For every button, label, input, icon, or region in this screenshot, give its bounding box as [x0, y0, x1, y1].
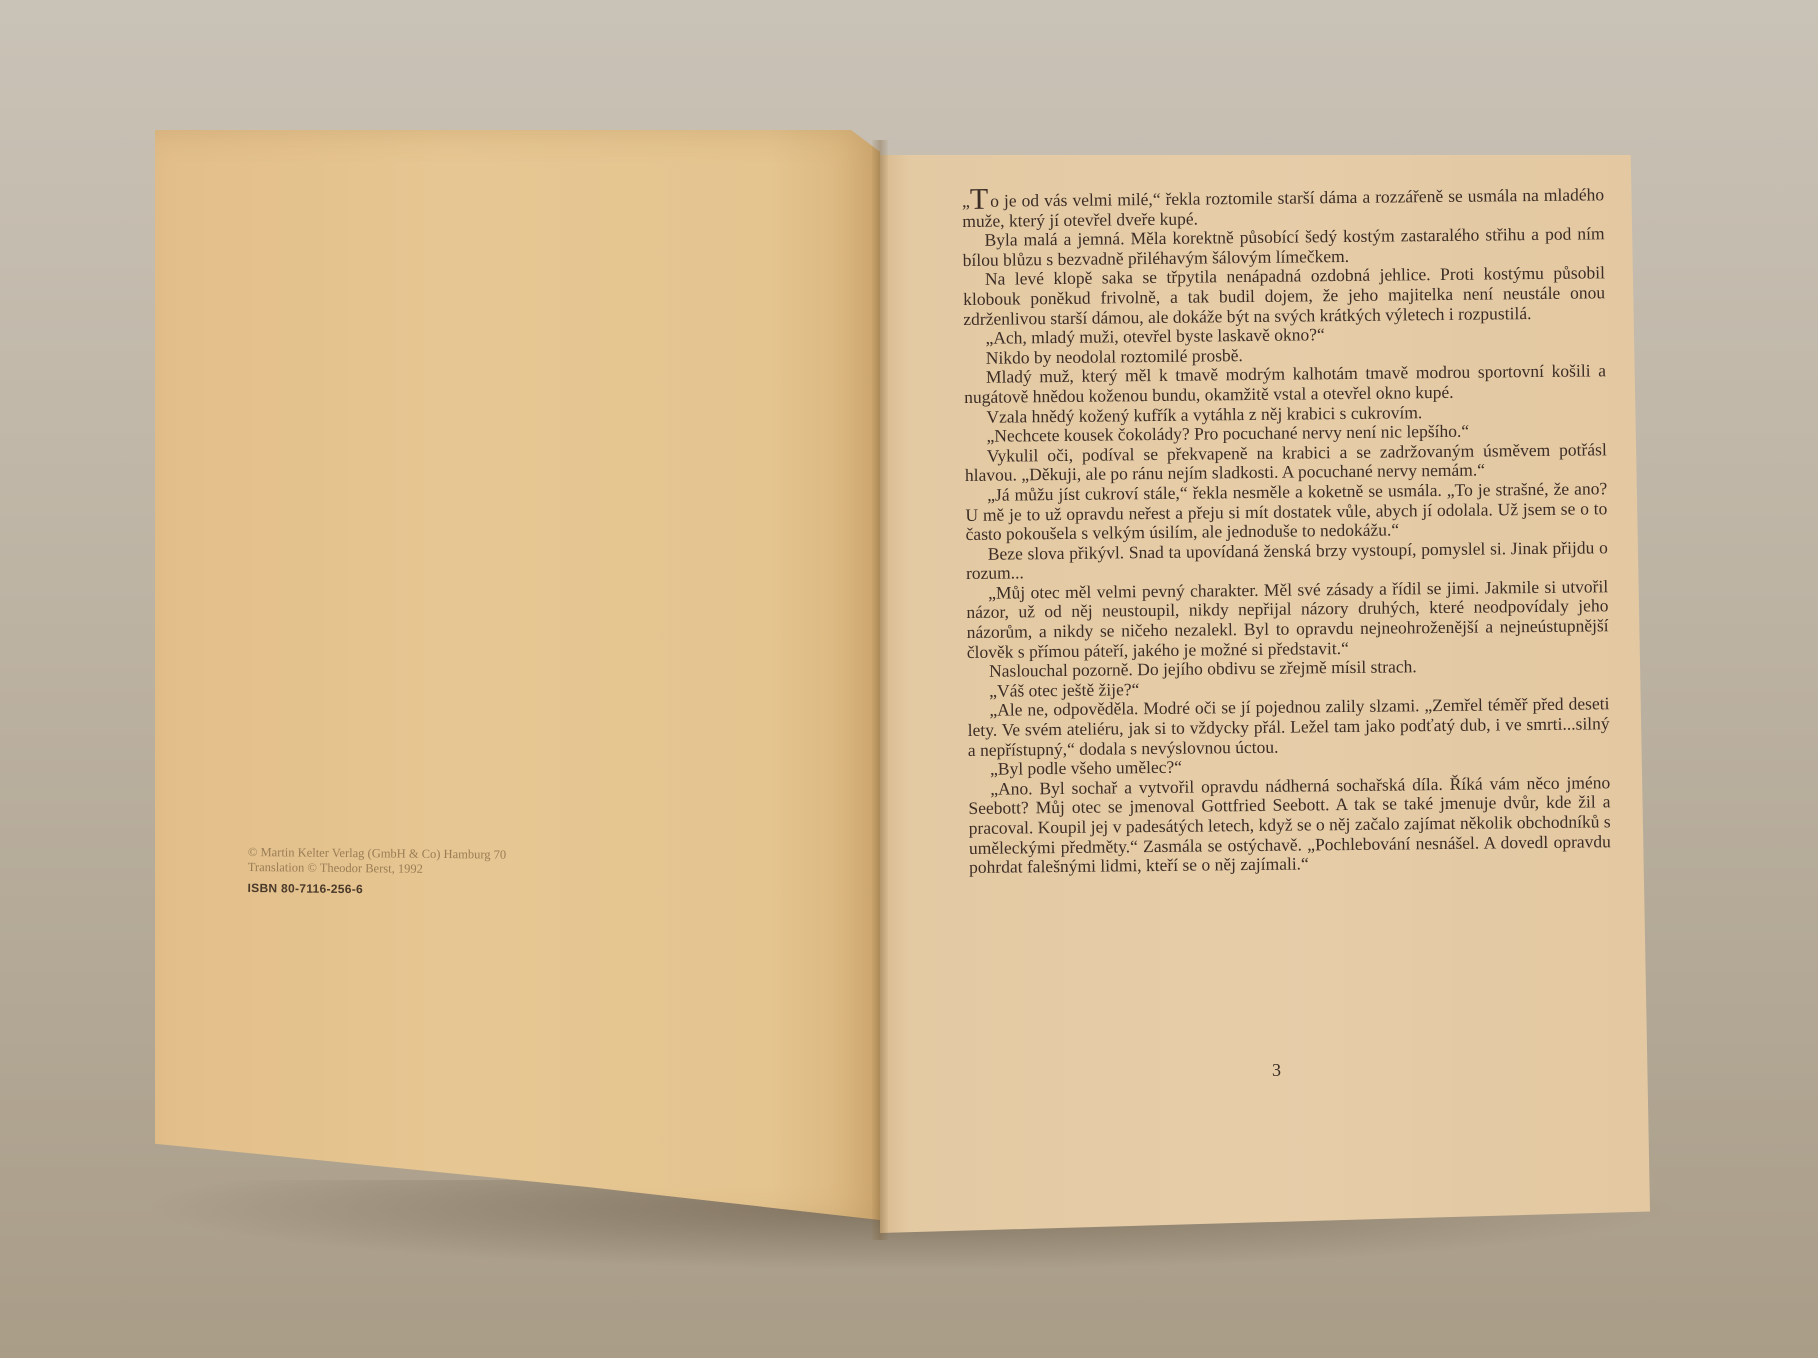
left-page [155, 130, 880, 1220]
paragraph: „Já můžu jíst cukroví stále,“ řekla nesm… [965, 479, 1608, 545]
body-text: „To je od vás velmi milé,“ řekla roztomi… [962, 183, 1611, 877]
imprint: © Martin Kelter Verlag (GmbH & Co) Hambu… [247, 845, 506, 899]
paragraph: „Můj otec měl velmi pevný charakter. Měl… [966, 577, 1609, 662]
translation-line: Translation © Theodor Berst, 1992 [248, 860, 506, 878]
paragraph: Mladý muž, který měl k tmavě modrým kalh… [964, 362, 1606, 408]
isbn: ISBN 80-7116-256-6 [247, 881, 505, 899]
page-number: 3 [1272, 1060, 1281, 1081]
paragraph: „Ale ne, odpověděla. Modré oči se jí poj… [967, 695, 1610, 761]
paragraph: Na levé klopě saka se třpytila nenápadná… [963, 264, 1606, 330]
book-spine [872, 140, 888, 1240]
paragraph: „Ano. Byl sochař a vytvořil opravdu nádh… [968, 773, 1611, 878]
